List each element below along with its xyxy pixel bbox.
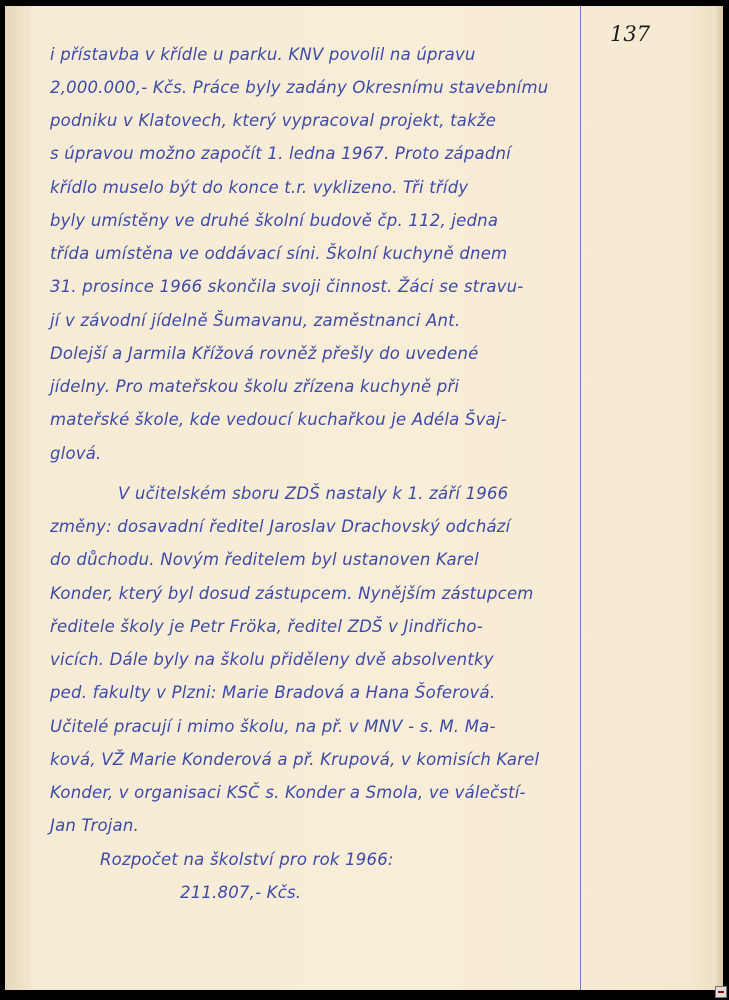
handwritten-line: ředitele školy je Petr Fröka, ředitel ZD… (50, 617, 483, 636)
handwritten-line: jídelny. Pro mateřskou školu zřízena kuc… (50, 377, 459, 396)
handwritten-line: vicích. Dále byly na školu přiděleny dvě… (50, 650, 494, 669)
margin-rule-line (580, 6, 581, 990)
handwritten-line: Konder, který byl dosud zástupcem. Nyněj… (50, 584, 534, 603)
handwritten-line: i přístavba v křídle u parku. KNV povoli… (50, 45, 476, 64)
handwritten-line: Dolejší a Jarmila Křížová rovněž přešly … (50, 344, 479, 363)
notebook-page: 137 i přístavba v křídle u parku. KNV po… (5, 6, 723, 990)
handwritten-line: křídlo muselo být do konce t.r. vyklizen… (50, 178, 468, 197)
handwritten-line: 211.807,- Kčs. (180, 883, 301, 902)
handwritten-line: podniku v Klatovech, který vypracoval pr… (50, 111, 496, 130)
handwritten-line: třída umístěna ve oddávací síni. Školní … (50, 244, 507, 263)
handwritten-line: byly umístěny ve druhé školní budově čp.… (50, 211, 498, 230)
handwritten-line: glová. (50, 444, 101, 463)
handwritten-line: Jan Trojan. (50, 816, 139, 835)
handwritten-line: změny: dosavadní ředitel Jaroslav Dracho… (50, 517, 510, 536)
handwritten-line: Konder, v organisaci KSČ s. Konder a Smo… (50, 783, 526, 802)
handwritten-line: 31. prosince 1966 skončila svoji činnost… (50, 277, 523, 296)
handwritten-text-body: i přístavba v křídle u parku. KNV povoli… (5, 6, 580, 990)
handwritten-line: do důchodu. Novým ředitelem byl ustanove… (50, 550, 479, 569)
handwritten-line: jí v závodní jídelně Šumavanu, zaměstnan… (50, 311, 460, 330)
page-number: 137 (610, 22, 650, 46)
handwritten-line: Učitelé pracují i mimo školu, na př. v M… (50, 717, 496, 736)
handwritten-line: ková, VŽ Marie Konderová a př. Krupová, … (50, 750, 539, 769)
page-outer-edge (713, 6, 723, 990)
handwritten-line: V učitelském sboru ZDŠ nastaly k 1. září… (118, 484, 508, 503)
handwritten-line: mateřské škole, kde vedoucí kuchařkou je… (50, 410, 507, 429)
corner-marker-icon (715, 986, 727, 998)
handwritten-line: ped. fakulty v Plzni: Marie Bradová a Ha… (50, 683, 495, 702)
handwritten-line: 2,000.000,- Kčs. Práce byly zadány Okres… (50, 78, 548, 97)
handwritten-line: s úpravou možno započít 1. ledna 1967. P… (50, 144, 511, 163)
handwritten-line: Rozpočet na školství pro rok 1966: (100, 850, 394, 869)
